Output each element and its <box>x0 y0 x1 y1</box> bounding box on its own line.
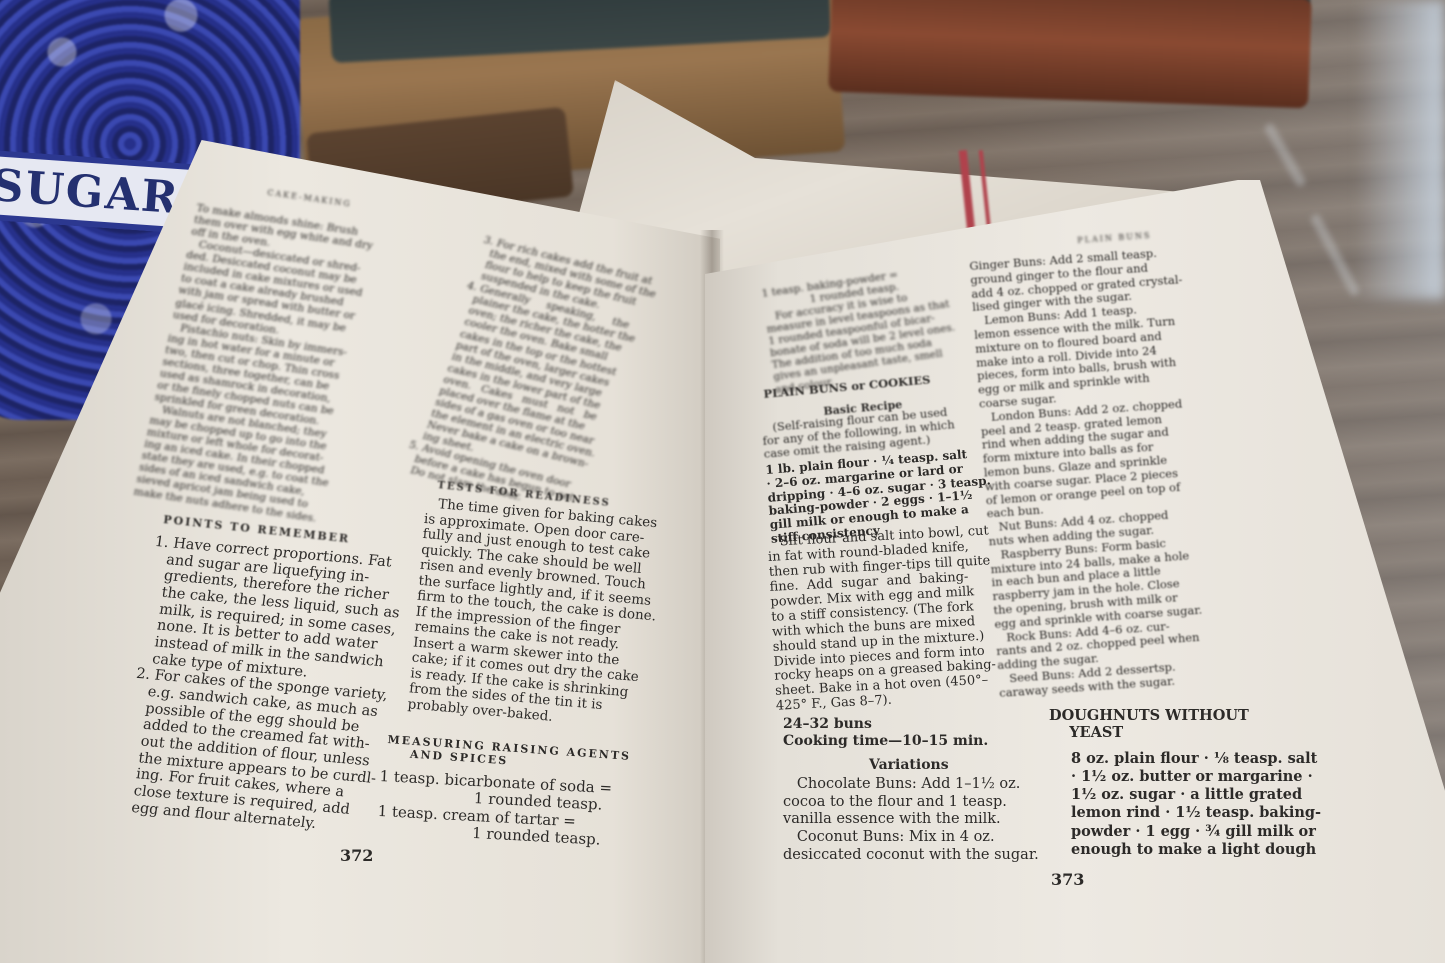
measuring-raising-agents-text: 1 teasp. bicarbonate of soda = 1 rounded… <box>376 768 612 849</box>
window-light <box>1355 0 1445 300</box>
running-head-left: CAKE-MAKING <box>267 188 353 209</box>
page-number-right: 373 <box>1051 870 1084 889</box>
doughnuts-ingredients: 8 oz. plain flour · ⅛ teasp. salt · 1½ o… <box>1071 750 1321 859</box>
left-col1-top-text: To make almonds shine: Brush them over w… <box>133 202 385 525</box>
right-col1-top-text: 1 teasp. baking-powder = 1 rounded teasp… <box>761 262 961 395</box>
variations-col1-text: Chocolate Buns: Add 1–1½ oz. cocoa to th… <box>783 776 1039 864</box>
plain-buns-yield: 24–32 buns <box>783 716 872 732</box>
doughnuts-recipe-title: DOUGHNUTS WITHOUT YEAST <box>1049 708 1249 741</box>
tests-for-readiness-text: The time given for baking cakes is appro… <box>407 496 665 733</box>
page-number-left: 372 <box>340 846 373 865</box>
plain-buns-cooking-time: Cooking time—10–15 min. <box>783 733 988 749</box>
variations-heading: Variations <box>869 757 949 773</box>
plain-buns-method: Sift flour and salt into bowl, cut in fa… <box>767 524 998 715</box>
left-col2-top-text: 3. For rich cakes add the fruit at the e… <box>399 234 662 517</box>
old-book-red <box>828 0 1312 108</box>
right-col2-variations-text: Ginger Buns: Add 2 small teasp. ground g… <box>969 245 1211 700</box>
running-head-right: PLAIN BUNS <box>1077 231 1152 245</box>
points-to-remember-text: 1. Have correct proportions. Fat and sug… <box>117 534 408 837</box>
photo-scene: SUGAR CAKE-MAKING To make almonds shine:… <box>0 0 1445 963</box>
